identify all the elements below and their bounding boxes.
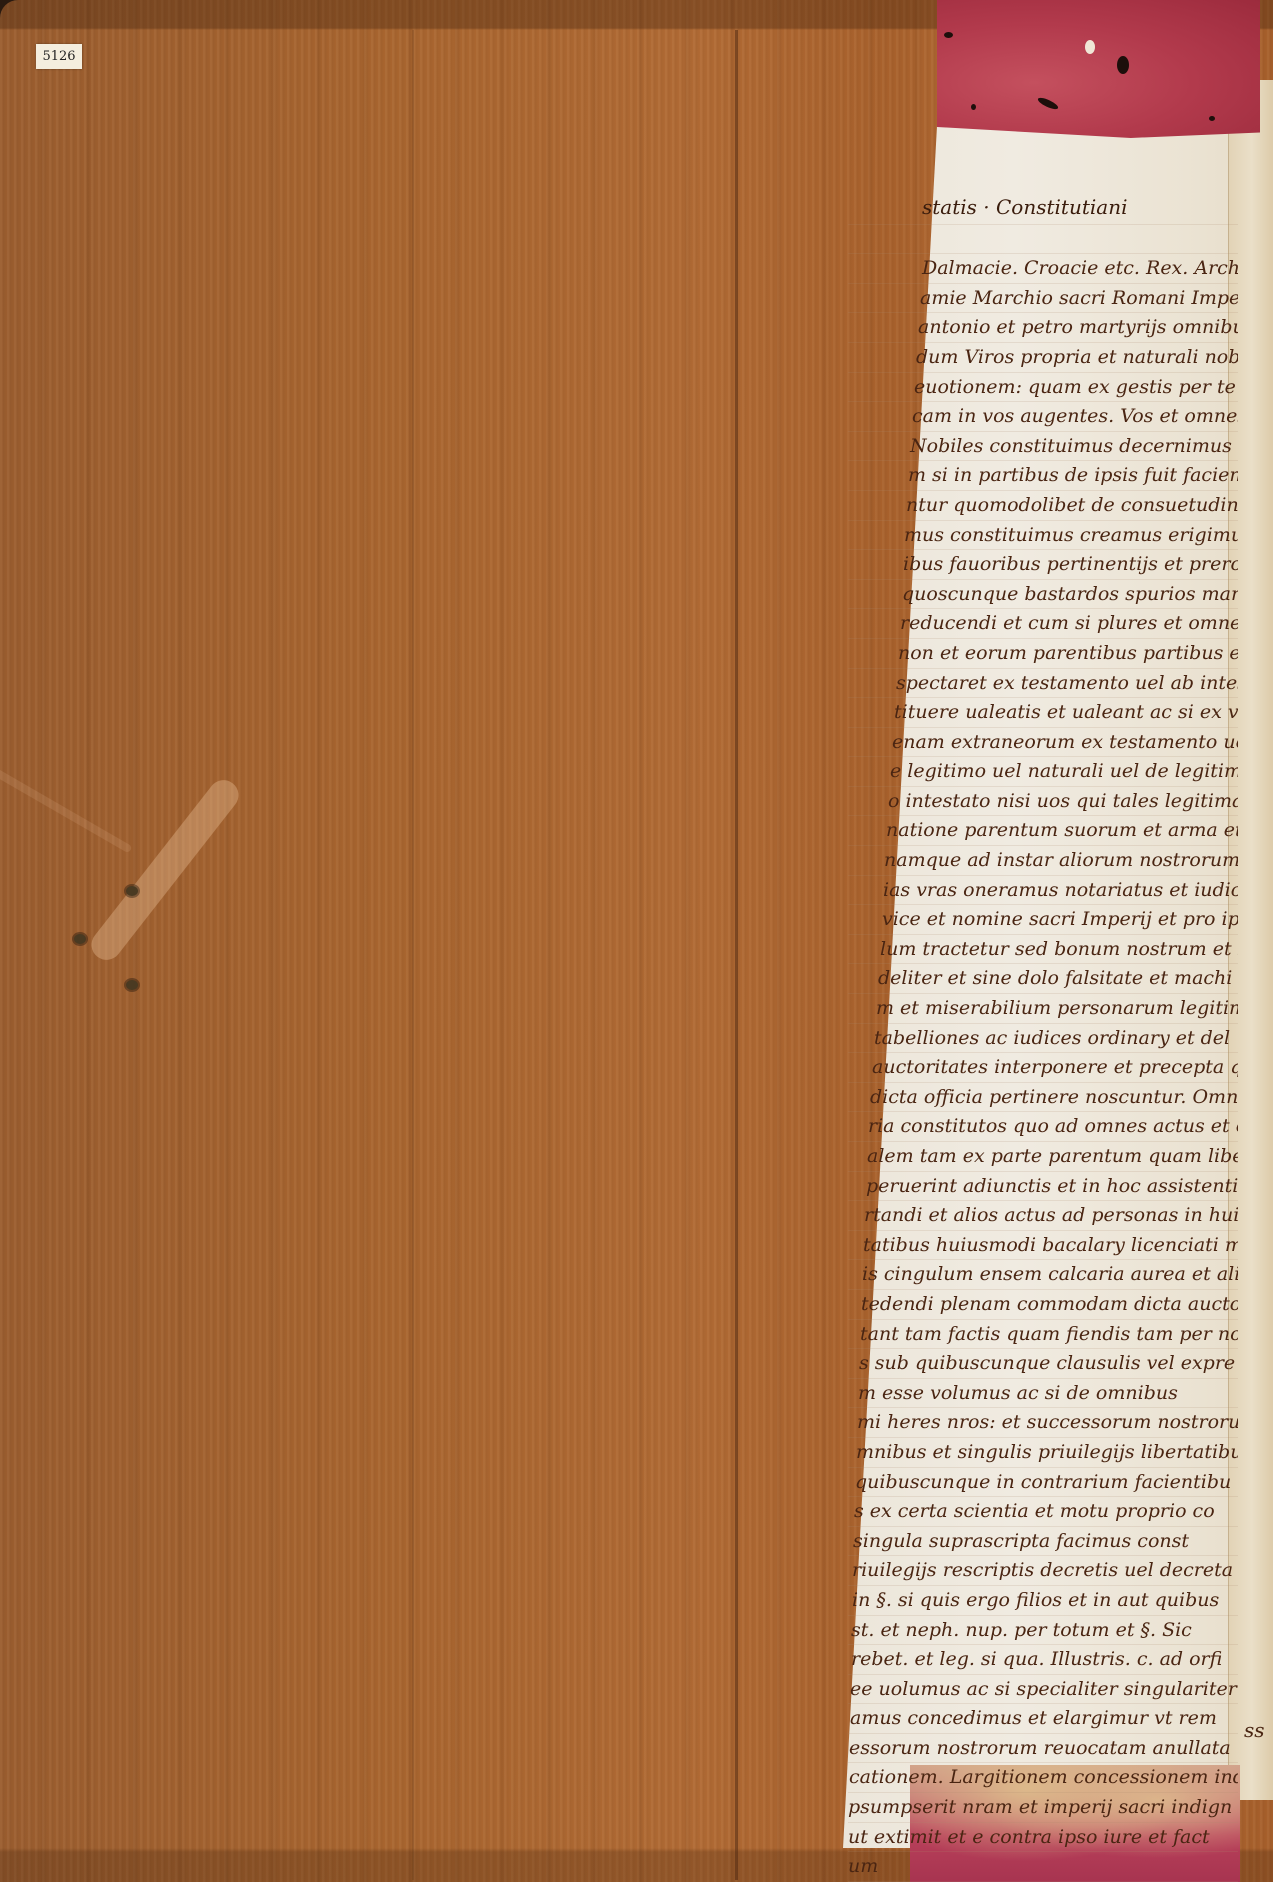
shelf-label-number: 5126	[42, 49, 75, 64]
nail-hole	[126, 886, 138, 896]
text-line: rtandi et alios actus ad personas in hui…	[848, 1201, 1238, 1231]
text-line: alem tam ex parte parentum quam liberor	[848, 1142, 1238, 1172]
margin-note: ss	[1244, 1718, 1265, 1742]
text-line: peruerint adiunctis et in hoc assistenti	[848, 1172, 1238, 1202]
text-line: s sub quibuscunque clausulis vel expre	[848, 1349, 1238, 1379]
text-line: non et eorum parentibus partibus et abse…	[848, 639, 1238, 669]
text-line: mi heres nros: et successorum nostrorum …	[848, 1408, 1238, 1438]
shelf-label: 5126	[36, 44, 82, 69]
text-line: deliter et sine dolo falsitate et machi	[848, 964, 1238, 994]
text-line: rebet. et leg. si qua. Illustris. c. ad …	[848, 1645, 1238, 1675]
text-line: dicta officia pertinere noscuntur. Omnib…	[848, 1083, 1238, 1113]
text-line: m si in partibus de ipsis fuit facienda …	[848, 461, 1238, 491]
text-line: antonio et petro martyrijs omnibus de	[848, 313, 1238, 343]
text-line: ria constitutos quo ad omnes actus et ef…	[848, 1112, 1238, 1142]
text-line: vice et nomine sacri Imperij et pro ipso…	[848, 905, 1238, 935]
red-leather-top-patch	[937, 0, 1260, 138]
text-line: tedendi plenam commodam dicta auctorita	[848, 1290, 1238, 1320]
text-line: tabelliones ac iudices ordinary et del	[848, 1024, 1238, 1054]
text-line: spectaret ex testamento uel ab intesta	[848, 669, 1238, 699]
text-line: essorum nostrorum reuocatam anullata uel	[848, 1734, 1238, 1764]
text-line: riuilegijs rescriptis decretis uel decre…	[848, 1556, 1238, 1586]
text-line: um	[848, 1852, 1238, 1882]
text-line: amus concedimus et elargimur vt rem	[848, 1704, 1238, 1734]
text-line: enam extraneorum ex testamento uel ab	[848, 728, 1238, 758]
text-line: reducendi et cum si plures et omnes de	[848, 609, 1238, 639]
text-line: Dalmacie. Croacie etc. Rex. Arch	[848, 254, 1238, 284]
text-line: st. et neph. nup. per totum et §. Sic	[848, 1616, 1238, 1646]
text-line: o intestato nisi uos qui tales legitimau…	[848, 787, 1238, 817]
text-line: ee uolumus ac si specialiter singularite…	[848, 1675, 1238, 1705]
text-line: dum Viros propria et naturali nobi	[848, 343, 1238, 373]
text-line: psumpserit nram et imperij sacri indign	[848, 1793, 1238, 1823]
text-line: auctoritates interponere et precepta qua…	[848, 1053, 1238, 1083]
text-line: amie Marchio sacri Romani Imperij	[848, 284, 1238, 314]
text-line: ntur quomodolibet de consuetudine	[848, 491, 1238, 521]
text-line: quoscunque bastardos spurios manseres	[848, 580, 1238, 610]
text-line: quibuscunque in contrarium facientibu	[848, 1468, 1238, 1498]
text-line: lum tractetur sed bonum nostrum et salu	[848, 935, 1238, 965]
text-line: cam in vos augentes. Vos et omnes fil	[848, 402, 1238, 432]
text-line: natione parentum suorum et arma et insi	[848, 816, 1238, 846]
text-line: singula suprascripta facimus const	[848, 1527, 1238, 1557]
text-line: namque ad instar aliorum nostrorum et sa…	[848, 846, 1238, 876]
text-line: is cingulum ensem calcaria aurea et alia	[848, 1260, 1238, 1290]
text-line: ias vras oneramus notariatus et iudicatu…	[848, 876, 1238, 906]
nail-hole	[74, 934, 86, 944]
text-line: euotionem: quam ex gestis per te Conre	[848, 373, 1238, 403]
text-line: tant tam factis quam fiendis tam per nos…	[848, 1320, 1238, 1350]
text-line: m esse volumus ac si de omnibus	[848, 1379, 1238, 1409]
text-line: s ex certa scientia et motu proprio co	[848, 1497, 1238, 1527]
text-line	[848, 225, 1238, 255]
wood-grain-line	[412, 30, 414, 1880]
text-line: ibus fauoribus pertinentijs et prerogati	[848, 550, 1238, 580]
text-line: cationem. Largitionem concessionem indul…	[848, 1763, 1238, 1793]
text-line: in §. si quis ergo filios et in aut quib…	[848, 1586, 1238, 1616]
wood-grain-line	[735, 30, 738, 1880]
text-line: Nobiles constituimus decernimus et o	[848, 432, 1238, 462]
text-line: ut extimit et e contra ipso iure et fact	[848, 1823, 1238, 1853]
text-line	[848, 195, 1238, 225]
text-line: m et miserabilium personarum legitime et	[848, 994, 1238, 1024]
text-line: e legitimo uel naturali uel de legitimo …	[848, 757, 1238, 787]
text-line: tituere ualeatis et ualeant ac si ex ver…	[848, 698, 1238, 728]
text-line: tatibus huiusmodi bacalary licenciati ma	[848, 1231, 1238, 1261]
text-line: mnibus et singulis priuilegijs libertati…	[848, 1438, 1238, 1468]
nail-hole	[126, 980, 138, 990]
manuscript-text: Dalmacie. Croacie etc. Rex. Arch amie Ma…	[848, 195, 1238, 1882]
text-line: mus constituimus creamus erigimus	[848, 521, 1238, 551]
